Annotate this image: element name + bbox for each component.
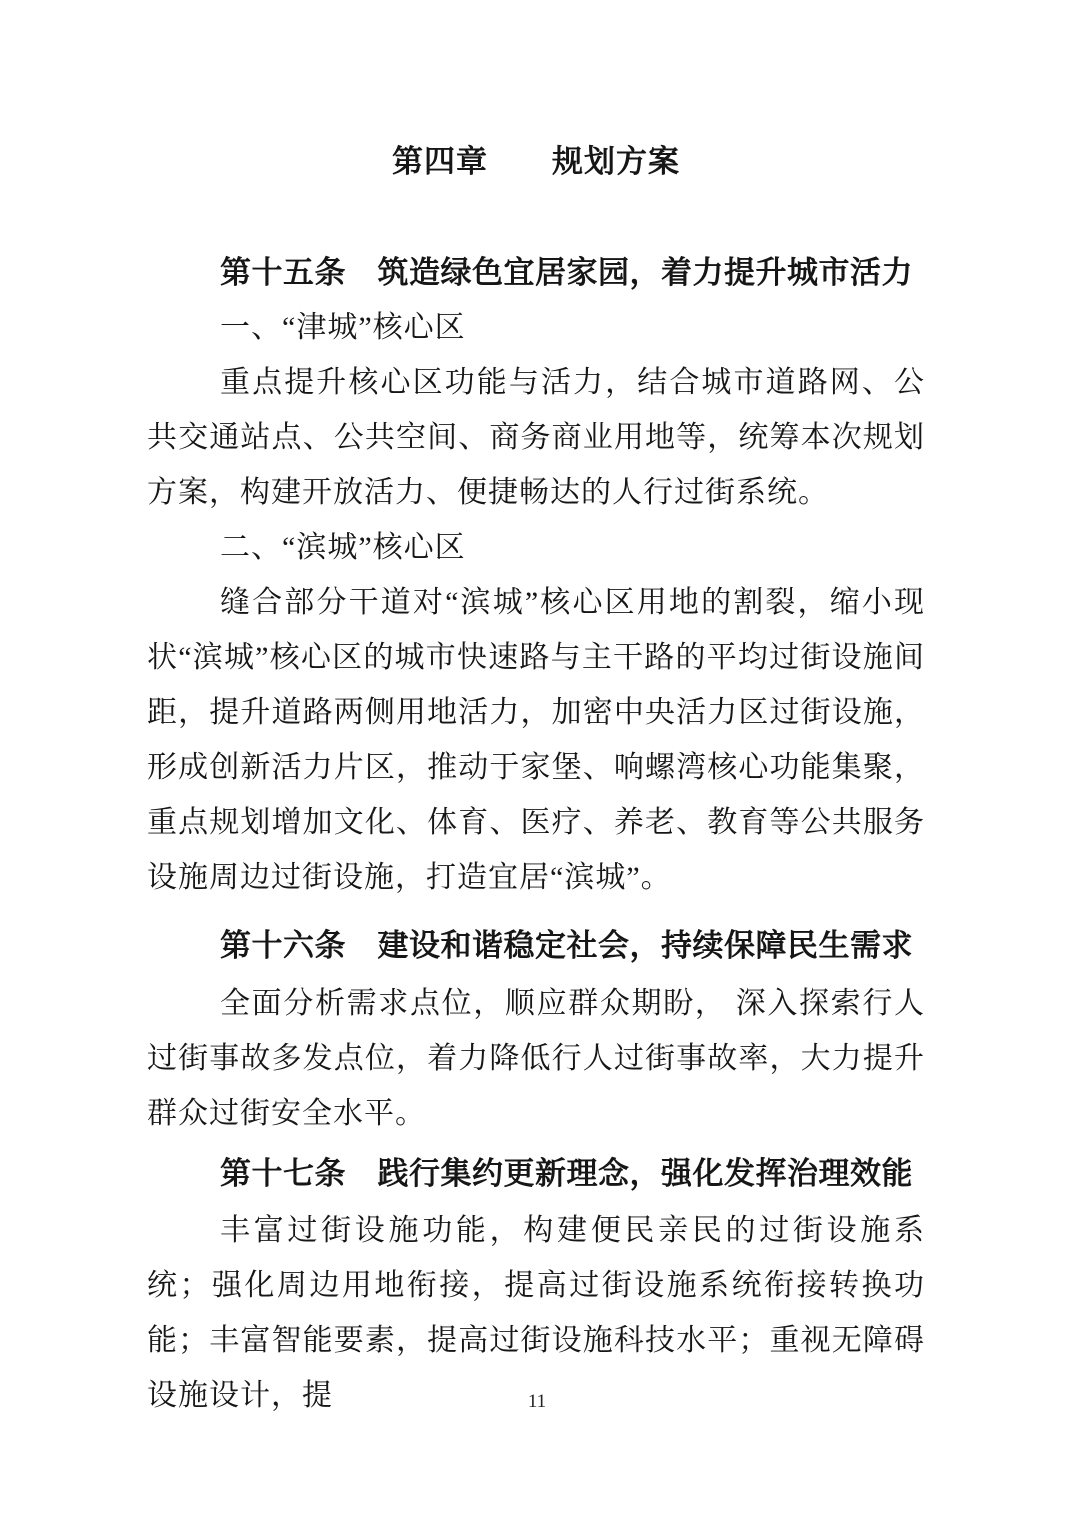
article-15-paragraph-jincheng: 重点提升核心区功能与活力，结合城市道路网、公共交通站点、公共空间、商务商业用地等…	[147, 355, 925, 520]
article-15-subheading-jincheng: 一、“津城”核心区	[147, 300, 925, 355]
page-number: 11	[0, 1390, 1074, 1414]
article-16-heading: 第十六条 建设和谐稳定社会，持续保障民生需求	[147, 918, 925, 973]
article-17-heading: 第十七条 践行集约更新理念，强化发挥治理效能	[147, 1146, 925, 1201]
document-page: 第四章 规划方案 第十五条 筑造绿色宜居家园，着力提升城市活力 一、“津城”核心…	[0, 0, 1074, 1520]
article-15-paragraph-bincheng: 缝合部分干道对“滨城”核心区用地的割裂，缩小现状“滨城”核心区的城市快速路与主干…	[147, 575, 925, 905]
document-content: 第四章 规划方案 第十五条 筑造绿色宜居家园，着力提升城市活力 一、“津城”核心…	[147, 0, 925, 1423]
article-15-subheading-bincheng: 二、“滨城”核心区	[147, 520, 925, 575]
article-15-heading: 第十五条 筑造绿色宜居家园，着力提升城市活力	[147, 245, 925, 300]
chapter-title: 第四章 规划方案	[147, 134, 925, 190]
article-16-paragraph: 全面分析需求点位，顺应群众期盼， 深入探索行人过街事故多发点位，着力降低行人过街…	[147, 976, 925, 1141]
